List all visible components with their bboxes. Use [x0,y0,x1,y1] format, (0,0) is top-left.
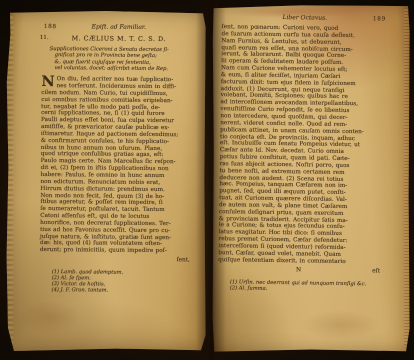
right-body-lines: ſent, non pœnarum: Curioni vero, quodde … [218,24,388,266]
left-page: 188 Epiſt. ad Familiar. 11. M. CÆLIUS M.… [6,10,206,352]
left-footnotes: (1) Lamb. quod ademptum.(2) Al. ſe ſpem.… [40,269,194,295]
drop-cap: N [41,76,54,89]
catchword: eſt [372,268,380,274]
letter-title: M. CÆLIUS M. T. C. S. D. [72,34,166,43]
right-page-number: 189 [373,16,386,22]
right-page: Liber Octavus. 189 ſent, non pœnarum: Cu… [212,4,410,353]
signature-row: N eſt [218,266,384,276]
catchword: ſent, [177,257,190,263]
text-line: derunt; pro inimicitiis, quum impedire p… [40,247,194,255]
left-catchword-row: ſent, [40,256,194,265]
left-body-text: N On diu, ſed acriter nos tuæ ſupplicati… [40,76,196,255]
left-running-header-title: Epiſt. ad Familiar. [42,23,196,31]
letter-heading: 11. M. CÆLIUS M. T. C. S. D. [42,34,196,44]
left-running-header: 188 Epiſt. ad Familiar. [42,23,196,33]
left-page-content: 188 Epiſt. ad Familiar. 11. M. CÆLIUS M.… [6,10,206,352]
book-photo: 188 Epiſt. ad Familiar. 11. M. CÆLIUS M.… [0,0,414,360]
signature-mark: N [296,267,301,273]
footnote: (4) J. F. Gron. tantam. [40,287,194,294]
letter-number: 11. [40,34,49,40]
text-line: vel voluntas, docet: adſcribit etiam de … [54,65,193,73]
text-line: quiſque ſententiam dixerit, in commentar… [218,257,384,266]
right-page-content: Liber Octavus. 189 ſent, non pœnarum: Cu… [212,4,410,353]
right-running-header: Liber Octavus. 189 [222,13,388,24]
right-body-text: ſent, non pœnarum: Curioni vero, quodde … [218,24,388,266]
left-body-lines: On diu, ſed acriter nos tuæ ſupplicatio-… [40,76,196,255]
left-page-number: 188 [44,24,57,30]
right-running-header-title: Liber Octavus. [222,13,388,22]
letter-argument: Supplicationes Ciceroni a Senatu decreta… [49,46,193,72]
right-footnotes: (1) Urſin. nec deerrant qui ad nunquam t… [218,279,384,294]
